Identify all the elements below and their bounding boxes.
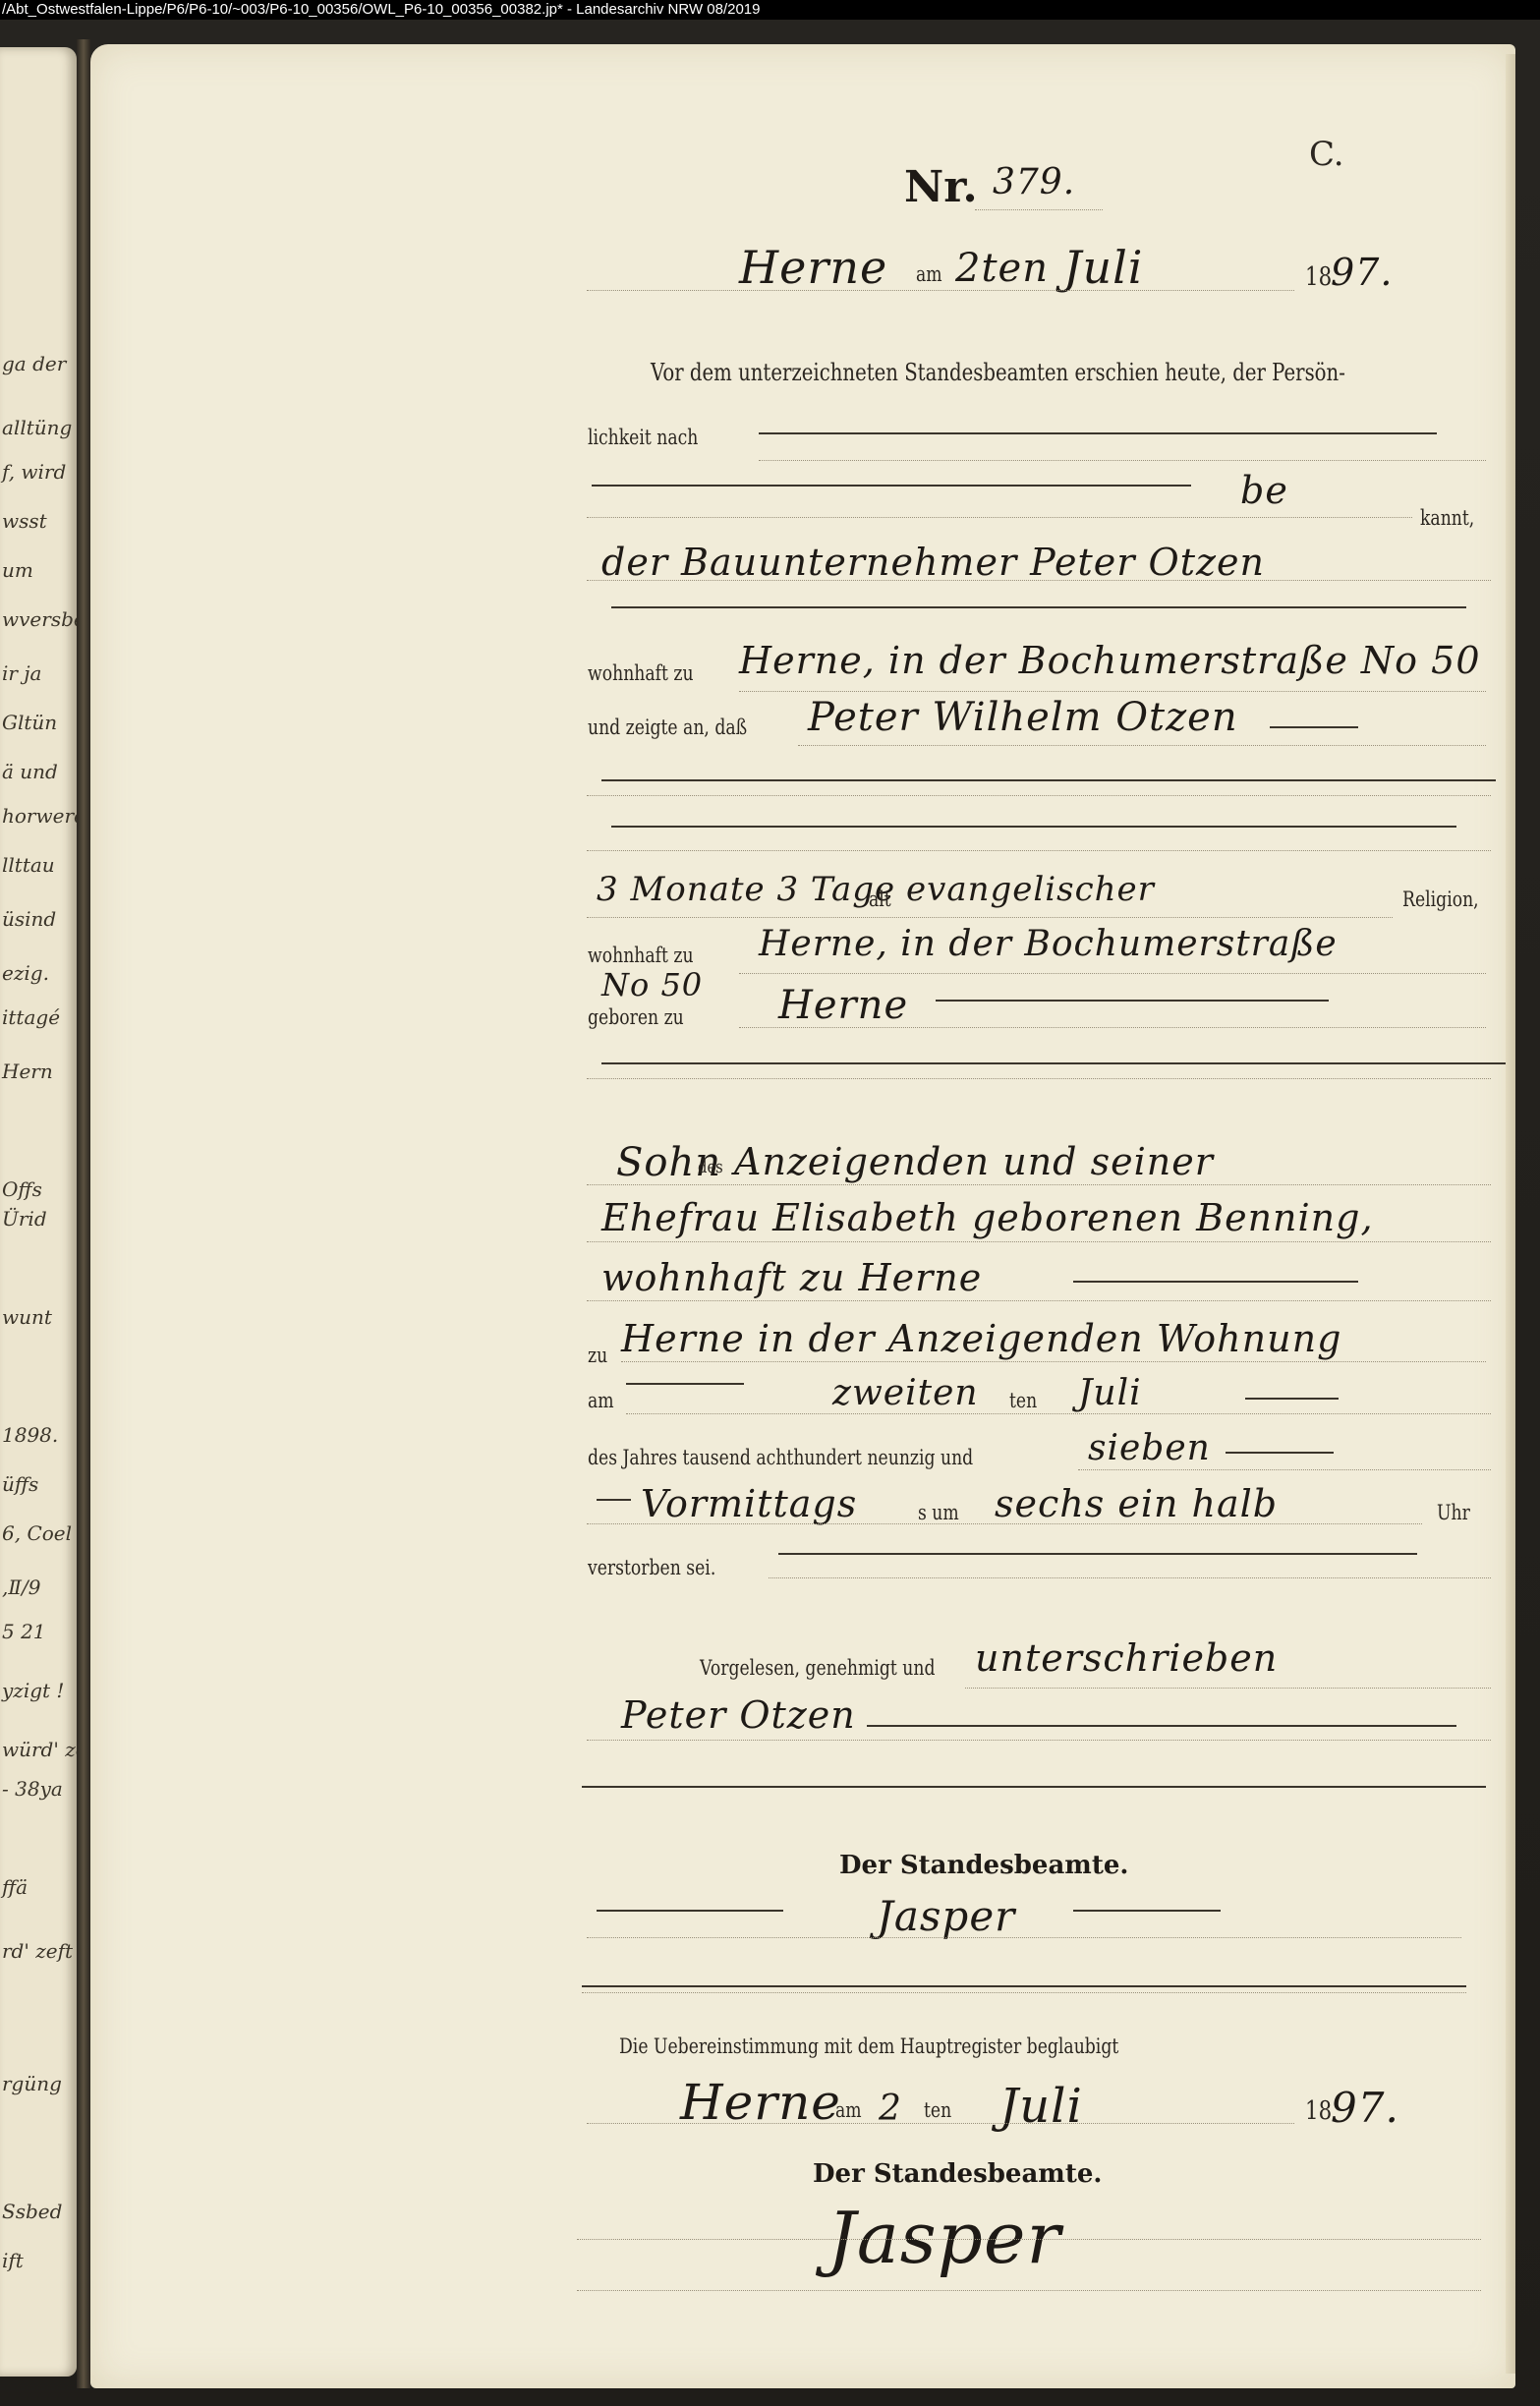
declarant-signature: Peter Otzen	[621, 1693, 856, 1737]
cert-registrar-title: Der Standesbeamte.	[813, 2159, 1102, 2189]
deceased-name: Peter Wilhelm Otzen	[808, 695, 1238, 740]
left-fragment: - 38ya	[2, 1777, 63, 1801]
left-fragment: Ssbed	[2, 2200, 62, 2223]
left-fragment: f, wird	[2, 460, 66, 484]
deceased-residence-number: No 50	[601, 966, 703, 1003]
kannt-label: kannt,	[1420, 506, 1474, 530]
place-label: zu	[588, 1344, 607, 1367]
intro-text: Vor dem unterzeichneten Standesbeamten e…	[651, 359, 1345, 386]
deceased-residence-label: wohnhaft zu	[588, 944, 694, 967]
left-fragment: wversberg	[2, 607, 77, 631]
alt-label: alt	[869, 888, 891, 911]
left-fragment: ga der	[2, 352, 66, 375]
left-fragment: üsind	[2, 907, 56, 931]
cert-am-label: am	[835, 2098, 862, 2122]
parent-line1: Anzeigenden und seiner	[734, 1140, 1214, 1183]
parent-des-label: des	[698, 1157, 723, 1177]
register-page: C. Nr. 379. Herne am 2ten Juli 18 97. Vo…	[90, 44, 1515, 2388]
window-title: /Abt_Ostwestfalen-Lippe/P6/P6-10/~003/P6…	[0, 0, 1540, 20]
number-label: Nr.	[904, 162, 978, 212]
parent-line3: wohnhaft zu Herne	[601, 1256, 982, 1299]
left-fragment: ffä	[2, 1875, 28, 1899]
left-fragment: Hern	[2, 1060, 53, 1083]
header-year-printed: 18	[1305, 262, 1332, 292]
certification-text: Die Uebereinstimmung mit dem Hauptregist…	[619, 2034, 1118, 2058]
um-label: s um	[918, 1501, 959, 1524]
religion-value: evangelischer	[906, 870, 1155, 909]
death-time: sechs ein halb	[995, 1482, 1278, 1525]
left-fragment: ,Ⅱ/9	[2, 1575, 40, 1599]
read-approved-hand: unterschrieben	[975, 1636, 1278, 1680]
cert-month: Juli	[999, 2079, 1083, 2134]
born-label: geboren zu	[588, 1005, 684, 1029]
left-fragment: würd' zef	[2, 1738, 77, 1761]
announced-label: und zeigte an, daß	[588, 716, 747, 739]
death-month: Juli	[1078, 1373, 1142, 1413]
header-year-hand: 97.	[1331, 251, 1393, 294]
declarant-name: der Bauunternehmer Peter Otzen	[601, 541, 1265, 584]
left-fragment: 5 21	[2, 1620, 46, 1643]
entry-number: 379.	[993, 162, 1075, 202]
cert-signature: Jasper	[827, 2197, 1061, 2279]
cert-year-hand: 97.	[1331, 2084, 1399, 2132]
header-place: Herne	[739, 241, 887, 294]
ten-label: ten	[1009, 1389, 1037, 1412]
left-fragment: alltüng	[2, 416, 72, 439]
header-month: Juli	[1063, 241, 1144, 294]
left-fragment: rgüng	[2, 2072, 62, 2095]
header-day: 2ten	[955, 246, 1049, 291]
left-fragment: ir ja	[2, 661, 41, 685]
left-fragment: horwere	[2, 804, 77, 828]
left-fragment: ittagé	[2, 1005, 60, 1029]
left-fragment: rd' zeft	[2, 1939, 73, 1963]
cert-ten-label: ten	[924, 2098, 951, 2122]
died-label: verstorben sei.	[588, 1556, 715, 1579]
born-value: Herne	[778, 983, 908, 1028]
deceased-residence-value: Herne, in der Bochumerstraße	[759, 924, 1338, 964]
left-fragment: 1898.	[2, 1423, 58, 1447]
left-fragment: yzigt !	[2, 1679, 64, 1702]
left-fragment: wunt	[2, 1305, 52, 1329]
uhr-label: Uhr	[1437, 1501, 1470, 1524]
residence-value: Herne, in der Bochumerstraße No 50	[739, 639, 1481, 682]
left-page-fragment: ga der alltüng f, wird wsst um wversberg…	[0, 47, 77, 2377]
left-fragment: Ürid	[2, 1207, 47, 1231]
death-year-hand: sieben	[1088, 1428, 1211, 1468]
register-letter: C.	[1309, 135, 1344, 174]
read-approved-label: Vorgelesen, genehmigt und	[700, 1656, 935, 1680]
registrar-title: Der Standesbeamte.	[839, 1851, 1128, 1880]
left-fragment: ezig.	[2, 961, 49, 985]
year-text: des Jahres tausend achthundert neunzig u…	[588, 1446, 973, 1469]
intro-line2: lichkeit nach	[588, 426, 698, 449]
left-fragment: Gltün	[2, 711, 57, 734]
left-fragment: ä und	[2, 760, 58, 783]
religion-label: Religion,	[1402, 888, 1479, 911]
left-fragment: wsst	[2, 509, 47, 533]
book-gutter	[77, 39, 90, 2388]
age-value: 3 Monate 3 Tage	[597, 870, 895, 909]
residence-label: wohnhaft zu	[588, 661, 694, 685]
registrar-signature: Jasper	[877, 1892, 1015, 1940]
death-day: zweiten	[832, 1373, 979, 1413]
page-edge	[1506, 54, 1515, 2374]
time-of-day: Vormittags	[641, 1482, 857, 1525]
left-fragment: Offs	[2, 1177, 42, 1201]
am-label2: am	[588, 1389, 614, 1412]
left-fragment: 6, Coel	[2, 1521, 72, 1545]
parent-line2: Ehefrau Elisabeth geborenen Benning,	[601, 1196, 1374, 1239]
be-hand: be	[1240, 469, 1288, 512]
left-fragment: üffs	[2, 1472, 38, 1496]
left-fragment: ift	[2, 2249, 24, 2272]
header-am-label: am	[916, 262, 942, 286]
left-fragment: um	[2, 558, 33, 582]
place-value: Herne in der Anzeigenden Wohnung	[621, 1317, 1341, 1360]
left-fragment: llttau	[2, 853, 55, 877]
cert-year-printed: 18	[1305, 2096, 1332, 2126]
